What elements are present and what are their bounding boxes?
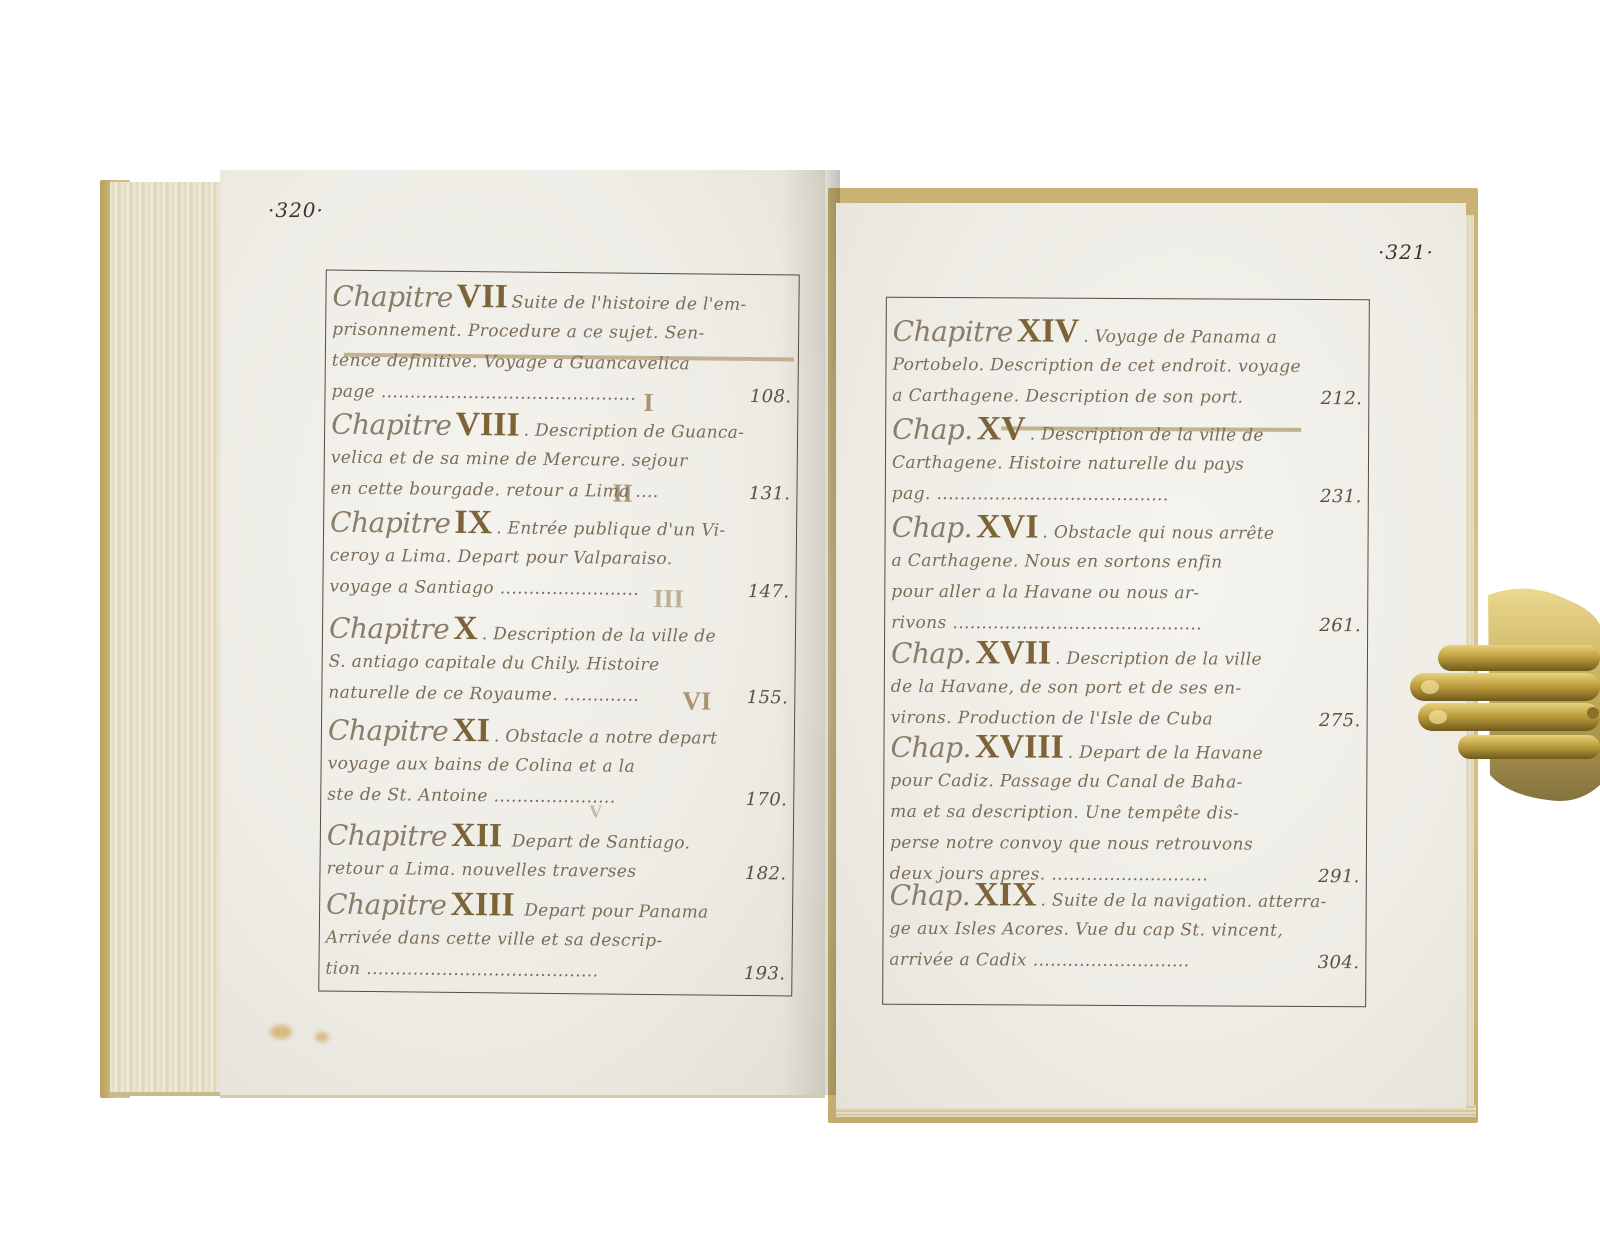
foxing-stain <box>315 1032 329 1042</box>
page-reference: 131. <box>749 478 791 509</box>
chapter-word: Chap. <box>892 413 973 446</box>
open-book: ·320· ·321· I II III VI V ChapitreVIISui… <box>0 0 1600 1237</box>
page-reference: 108. <box>750 381 792 412</box>
entry-line: pour aller a la Havane ou nous ar- <box>891 577 1361 610</box>
entry-line: ge aux Isles Acores. Vue du cap St. vinc… <box>889 914 1359 947</box>
entry-line: velica et de sa mine de Mercure. sejour <box>331 443 791 479</box>
entry-line: Arrivée dans cette ville et sa descrip- <box>326 923 786 959</box>
chapter-word: Chapitre <box>332 280 453 314</box>
toc-entry: ChapitreVIISuite de l'histoire de l'em- … <box>331 277 792 413</box>
entry-line: retour a Lima. nouvelles traverses182. <box>326 854 786 890</box>
toc-entry: Chap.XIX. Suite de la navigation. atterr… <box>889 876 1360 978</box>
chapter-word: Chap. <box>892 511 973 544</box>
chapter-title: . Description de la ville de <box>1030 424 1264 445</box>
toc-entry: ChapitreXIII Depart pour Panama Arrivée … <box>325 885 786 990</box>
entry-line: arrivée a Cadix ........................… <box>889 945 1359 978</box>
chapter-numeral: XII <box>451 817 502 855</box>
chapter-word: Chapitre <box>327 819 448 853</box>
entry-line: voyage a Santiago ......................… <box>329 572 789 608</box>
left-toc-frame: I II III VI V ChapitreVIISuite de l'hist… <box>318 270 800 997</box>
chapter-title: . Obstacle a notre depart <box>494 726 718 748</box>
chapter-word: Chapitre <box>331 408 452 442</box>
chapter-numeral: XV <box>977 410 1026 447</box>
brass-hand-clasp-icon <box>1408 585 1600 810</box>
entry-line-text: ste de St. Antoine ..................... <box>327 785 615 808</box>
entry-line: a Carthagene. Nous en sortons enfin <box>891 546 1361 579</box>
page-reference: 170. <box>745 784 787 815</box>
entry-line-text: pag. ...................................… <box>892 484 1169 505</box>
toc-entry: Chap.XVIII. Depart de la Havane pour Cad… <box>890 728 1361 892</box>
entry-line-text: voyage a Santiago ......................… <box>329 577 639 600</box>
page-number-left: ·320· <box>268 198 324 222</box>
toc-entry: ChapitreIX. Entrée publique d'un Vi- cer… <box>329 503 790 608</box>
page-reference: 193. <box>744 958 786 989</box>
entry-line: ste de St. Antoine .....................… <box>327 780 787 816</box>
chapter-word: Chap. <box>890 879 971 912</box>
toc-entry: Chap.XVII. Description de la ville de la… <box>891 634 1362 736</box>
chapter-numeral: IX <box>454 504 492 541</box>
toc-entry: ChapitreXII Depart de Santiago. retour a… <box>326 816 787 890</box>
entry-line: perse notre convoy que nous retrouvons <box>890 828 1360 861</box>
chapter-title: . Obstacle qui nous arrête <box>1042 523 1274 544</box>
toc-entry: ChapitreX. Description de la ville de S.… <box>328 609 789 714</box>
chapter-title: . Entrée publique d'un Vi- <box>496 518 726 540</box>
chapter-title: Depart pour Panama <box>518 901 708 923</box>
entry-line-text: arrivée a Cadix ........................… <box>889 950 1189 972</box>
entry-line-text: virons. Production de l'Isle de Cuba <box>891 708 1214 730</box>
entry-line-text: a Carthagene. Description de son port. <box>892 386 1243 408</box>
toc-entry: ChapitreXIV. Voyage de Panama a Portobel… <box>892 312 1363 414</box>
entry-line: tion ...................................… <box>325 954 785 990</box>
chapter-numeral: XIII <box>450 886 515 924</box>
chapter-numeral: VII <box>457 278 508 316</box>
chapter-title: Depart de Santiago. <box>506 831 690 853</box>
chapter-numeral: X <box>453 610 478 647</box>
page-reference: 231. <box>1320 481 1362 512</box>
chapter-word: Chapitre <box>893 315 1013 349</box>
entry-line-text: page ...................................… <box>331 382 636 405</box>
chapter-numeral: XIX <box>974 876 1037 913</box>
chapter-title: . Voyage de Panama a <box>1083 327 1277 348</box>
chapter-title: . Description de Guanca- <box>524 421 745 443</box>
entry-line-text: rivons .................................… <box>891 613 1202 635</box>
chapter-word: Chap. <box>890 731 971 764</box>
chapter-word: Chapitre <box>329 612 450 646</box>
entry-line: Carthagene. Histoire naturelle du pays <box>892 448 1362 481</box>
chapter-title: . Description de la ville <box>1055 649 1262 670</box>
page-number-right: ·321· <box>1378 240 1434 264</box>
toc-entry: ChapitreVIII. Description de Guanca- vel… <box>330 405 791 510</box>
page-reference: 147. <box>748 576 790 607</box>
chapter-word: Chapitre <box>330 506 451 540</box>
entry-line-text: naturelle de ce Royaume. ............. <box>328 683 639 706</box>
entry-line: S. antiago capitale du Chily. Histoire <box>329 647 789 683</box>
entry-line: tence definitive. Voyage a Guancavelica <box>332 346 792 382</box>
entry-line-text: tion ...................................… <box>325 959 598 982</box>
entry-line: naturelle de ce Royaume. .............15… <box>328 678 788 714</box>
page-reference: 304. <box>1318 947 1360 978</box>
entry-line-text: retour a Lima. nouvelles traverses <box>326 859 636 882</box>
chapter-title: . Depart de la Havane <box>1068 743 1263 764</box>
entry-line-text: en cette bourgade. retour a Lima .... <box>330 479 658 502</box>
page-reference: 212. <box>1321 383 1363 414</box>
chapter-numeral: XIV <box>1017 312 1080 349</box>
right-toc-frame: ChapitreXIV. Voyage de Panama a Portobel… <box>882 297 1370 1008</box>
page-reference: 182. <box>745 858 787 889</box>
page-reference: 155. <box>746 682 788 713</box>
chapter-numeral: VIII <box>455 406 520 444</box>
entry-line: ceroy a Lima. Depart pour Valparaiso. <box>330 541 790 577</box>
chapter-word: Chapitre <box>326 888 447 922</box>
foxing-stain <box>270 1025 292 1039</box>
entry-line: de la Havane, de son port et de ses en- <box>891 672 1361 705</box>
chapter-title: . Suite de la navigation. atterra- <box>1040 891 1326 912</box>
entry-line: prisonnement. Procedure a ce sujet. Sen- <box>332 315 792 351</box>
chapter-title: Suite de l'histoire de l'em- <box>512 292 747 314</box>
entry-line: ma et sa description. Une tempête dis- <box>890 797 1360 830</box>
entry-line: pour Cadiz. Passage du Canal de Baha- <box>890 766 1360 799</box>
entry-line: Portobelo. Description de cet endroit. v… <box>892 350 1362 383</box>
chapter-word: Chap. <box>891 637 972 670</box>
chapter-word: Chapitre <box>328 714 449 748</box>
entry-line: voyage aux bains de Colina et a la <box>327 749 787 785</box>
toc-entry: Chap.XVI. Obstacle qui nous arrête a Car… <box>891 508 1362 641</box>
chapter-numeral: XVII <box>975 634 1051 671</box>
chapter-numeral: XVI <box>976 508 1039 545</box>
toc-entry: Chap.XV. Description de la ville de Cart… <box>892 410 1363 512</box>
chapter-title: . Description de la ville de <box>482 624 716 646</box>
chapter-numeral: XI <box>452 712 490 749</box>
chapter-numeral: XVIII <box>975 728 1064 765</box>
toc-entry: ChapitreXI. Obstacle a notre depart voya… <box>327 711 788 816</box>
